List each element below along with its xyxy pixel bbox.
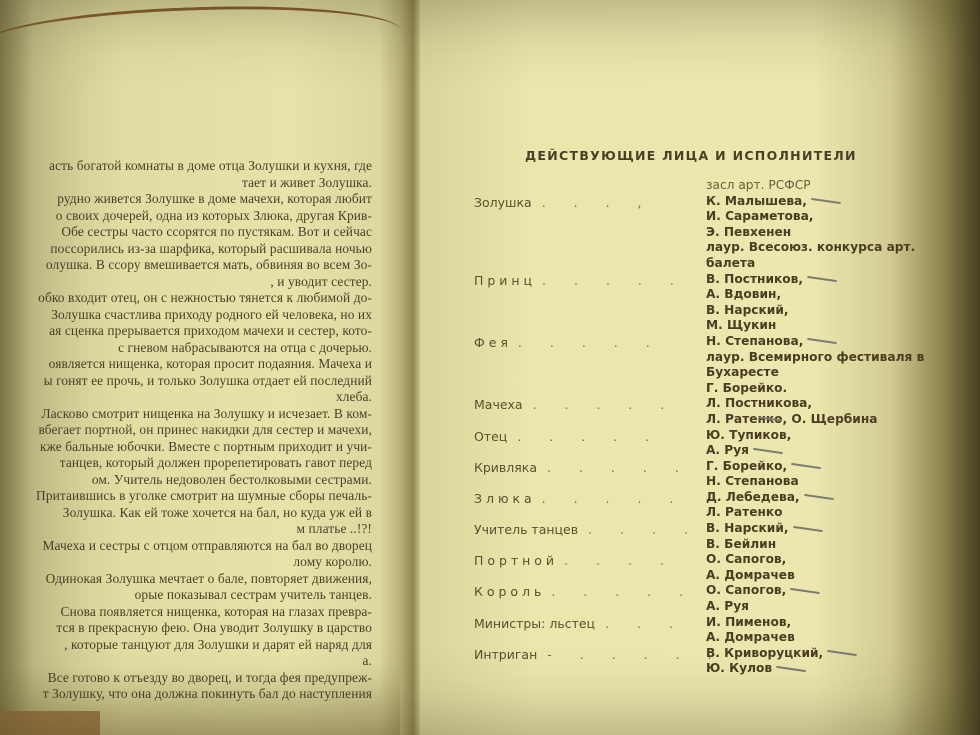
open-booklet-photo: асть богатой комнаты в доме отца Золушки… — [0, 0, 980, 735]
pencil-mark-icon — [807, 276, 837, 282]
performer-list: засл арт. РСФСРК. Малышева,И. Сараметова… — [706, 178, 954, 272]
performer-list: Н. Степанова,лаур. Всемирного фестиваля … — [706, 334, 954, 396]
text-line: Обе сестры часто ссорятся по пустякам. В… — [0, 224, 372, 241]
role-label: Кривляка — [474, 460, 537, 475]
cast-row: Мачеха. . . . .Л. Постникова,Л. Ратенко,… — [474, 396, 954, 427]
performer-name: Н. Степанова — [706, 474, 954, 490]
leader-dots: . . . , — [542, 195, 654, 210]
performer-list: О. Сапогов,А. Руя — [706, 583, 954, 614]
cast-row: П о р т н о й. . . .О. Сапогов,А. Домрач… — [474, 552, 954, 583]
pencil-mark-icon — [807, 338, 837, 344]
text-line: Золушка. Как ей тоже хочется на бал, но … — [0, 505, 372, 522]
performer-name: А. Руя — [706, 443, 954, 459]
performer-name: Ю. Тупиков, — [706, 428, 954, 444]
role-label: Учитель танцев — [474, 522, 578, 537]
cast-list-title: ДЕЙСТВУЮЩИЕ ЛИЦА И ИСПОЛНИТЕЛИ — [525, 148, 865, 163]
performer-name: К. Малышева, — [706, 194, 954, 210]
text-line: Одинокая Золушка мечтает о бале, повторя… — [0, 571, 372, 588]
role-name: Учитель танцев. . . . — [474, 522, 704, 537]
book-gutter — [400, 0, 422, 735]
text-line: танцев, который должен прорепетировать г… — [0, 455, 372, 472]
text-line: асть богатой комнаты в доме отца Золушки… — [0, 158, 372, 175]
left-page: асть богатой комнаты в доме отца Золушки… — [0, 0, 412, 735]
performer-name: Д. Лебедева, — [706, 490, 954, 506]
text-line: тает и живет Золушка. — [0, 175, 372, 192]
role-label: П р и н ц — [474, 273, 532, 288]
text-line: Все готово к отъезду во дворец, и тогда … — [0, 670, 372, 687]
pencil-mark-icon — [827, 650, 857, 656]
role-label: Отец — [474, 429, 507, 444]
text-line: рудно живется Золушке в доме мачехи, кот… — [0, 191, 372, 208]
role-label: Мачеха — [474, 397, 523, 412]
performer-name: А. Домрачев — [706, 630, 954, 646]
text-line: Снова появляется нищенка, которая на гла… — [0, 604, 372, 621]
text-line: тся в прекрасную фею. Она уводит Золушку… — [0, 620, 372, 637]
performer-name: Э. Певхенен — [706, 225, 954, 241]
performer-name: балета — [706, 256, 954, 272]
performer-list: В. Нарский,В. Бейлин — [706, 521, 954, 552]
role-name: Золушка. . . , — [474, 195, 704, 210]
text-line: лому королю. — [0, 554, 372, 571]
role-label: Золушка — [474, 195, 532, 210]
performer-name: И. Пименов, — [706, 615, 954, 631]
role-name: П о р т н о й. . . . — [474, 553, 704, 568]
text-line: Притаившись в уголке смотрит на шумные с… — [0, 488, 372, 505]
libretto-text: асть богатой комнаты в доме отца Золушки… — [0, 158, 372, 703]
performer-name: В. Нарский, — [706, 521, 954, 537]
text-line: олушка. В ссору вмешивается мать, обвиня… — [0, 257, 372, 274]
role-label: З л ю к а — [474, 491, 532, 506]
pencil-mark-icon — [753, 448, 783, 454]
role-name: Мачеха. . . . . — [474, 397, 704, 412]
cast-row: Учитель танцев. . . .В. Нарский,В. Бейли… — [474, 521, 954, 552]
leader-dots: . . . — [605, 616, 685, 631]
cast-row: Интриган- . . . . .В. Криворуцкий,Ю. Кул… — [474, 646, 954, 677]
performer-list: Ю. Тупиков,А. Руя — [706, 428, 954, 459]
text-line: с гневом набрасываются на отца с дочерью… — [0, 340, 372, 357]
pencil-mark-icon — [790, 588, 820, 594]
leader-dots: - . . . . . — [547, 647, 723, 662]
cast-row: Кривляка. . . . .Г. Борейко,Н. Степанова — [474, 459, 954, 490]
performer-name: Н. Степанова, — [706, 334, 954, 350]
performer-list: Л. Постникова,Л. Ратенко, О. Щербина — [706, 396, 954, 427]
performer-name: А. Вдовин, — [706, 287, 954, 303]
performer-name: А. Руя — [706, 599, 954, 615]
performer-name: М. Щукин — [706, 318, 954, 334]
pencil-mark-icon — [811, 198, 841, 204]
performer-list: Г. Борейко,Н. Степанова — [706, 459, 954, 490]
text-line: оявляется нищенка, которая просит подаян… — [0, 356, 372, 373]
role-label: К о р о л ь — [474, 584, 541, 599]
pencil-mark-icon — [791, 463, 821, 469]
text-line: ая сценка прерывается приходом мачехи и … — [0, 323, 372, 340]
cover-corner — [0, 711, 100, 735]
performer-name: Ю. Кулов — [706, 661, 954, 677]
text-line: а. — [0, 653, 372, 670]
leader-dots: . . . . . — [518, 335, 662, 350]
text-line: ы гонят ее прочь, и только Золушка отдае… — [0, 373, 372, 390]
role-name: Министры: льстец. . . — [474, 616, 704, 631]
text-line: , которые танцуют для Золушки и дарят ей… — [0, 637, 372, 654]
text-line: о своих дочерей, одна из которых Злюка, … — [0, 208, 372, 225]
pencil-mark-icon — [804, 494, 834, 500]
cast-row: Отец. . . . .Ю. Тупиков,А. Руя — [474, 428, 954, 459]
performer-list: О. Сапогов,А. Домрачев — [706, 552, 954, 583]
text-line: орые показывал сестрам учитель танцев. — [0, 587, 372, 604]
performer-name: Л. Ратенко — [706, 505, 954, 521]
performer-list: И. Пименов,А. Домрачев — [706, 615, 954, 646]
performer-list: Д. Лебедева,Л. Ратенко — [706, 490, 954, 521]
text-line: м платье ..!?! — [0, 521, 372, 538]
role-label: Министры: льстец — [474, 616, 595, 631]
leader-dots: . . . . . — [551, 584, 695, 599]
performer-name: Л. Ратенко, О. Щербина — [706, 412, 954, 428]
leader-dots: . . . . . — [517, 429, 661, 444]
performer-list: В. Постников,А. Вдовин,В. Нарский,М. Щук… — [706, 272, 954, 334]
role-name: Ф е я. . . . . — [474, 335, 704, 350]
text-line: Золушка счастлива приходу родного ей чел… — [0, 307, 372, 324]
cast-row: Министры: льстец. . .И. Пименов,А. Домра… — [474, 615, 954, 646]
performer-name: лаур. Всемирного фестиваля в — [706, 350, 954, 366]
text-line: хлеба. — [0, 389, 372, 406]
performer-name: В. Криворуцкий, — [706, 646, 954, 662]
role-label: Ф е я — [474, 335, 508, 350]
performer-name: В. Бейлин — [706, 537, 954, 553]
role-name: Интриган- . . . . . — [474, 647, 704, 662]
performer-name: О. Сапогов, — [706, 583, 954, 599]
text-line: вбегает портной, он принес накидки для с… — [0, 422, 372, 439]
role-name: Отец. . . . . — [474, 429, 704, 444]
text-line: , и уводит сестер. — [0, 274, 372, 291]
performer-list: В. Криворуцкий,Ю. Кулов — [706, 646, 954, 677]
text-line: ом. Учитель недоволен бестолковыми сестр… — [0, 472, 372, 489]
performer-name: И. Сараметова, — [706, 209, 954, 225]
leader-dots: . . . . . — [542, 491, 686, 506]
leader-dots: . . . . — [564, 553, 676, 568]
text-line: кже бальные юбочки. Вместе с портным при… — [0, 439, 372, 456]
text-line: Мачеха и сестры с отцом отправляются на … — [0, 538, 372, 555]
cast-row: П р и н ц. . . . .В. Постников,А. Вдовин… — [474, 272, 954, 334]
performer-name: Л. Постникова, — [706, 396, 954, 412]
cast-row: З л ю к а. . . . .Д. Лебедева,Л. Ратенко — [474, 490, 954, 521]
page-edge-curl — [0, 0, 401, 52]
leader-dots: . . . . . — [547, 460, 691, 475]
honorific-note: засл арт. РСФСР — [706, 178, 954, 194]
role-name: Кривляка. . . . . — [474, 460, 704, 475]
performer-name: лаур. Всесоюз. конкурса арт. — [706, 240, 954, 256]
performer-name: Бухаресте — [706, 365, 954, 381]
cast-row: К о р о л ь. . . . .О. Сапогов,А. Руя — [474, 583, 954, 614]
leader-dots: . . . . — [588, 522, 700, 537]
text-line: обко входит отец, он с нежностью тянется… — [0, 290, 372, 307]
text-line: поссорились из-за шарфика, который расши… — [0, 241, 372, 258]
leader-dots: . . . . . — [533, 397, 677, 412]
text-line: Ласково смотрит нищенка на Золушку и исч… — [0, 406, 372, 423]
role-label: Интриган — [474, 647, 537, 662]
role-label: П о р т н о й — [474, 553, 554, 568]
cast-list: Золушка. . . ,засл арт. РСФСРК. Малышева… — [474, 178, 954, 677]
pencil-mark-icon — [776, 666, 806, 672]
performer-name: О. Сапогов, — [706, 552, 954, 568]
performer-name: Г. Борейко. — [706, 381, 954, 397]
pencil-mark-icon — [793, 525, 823, 531]
role-name: К о р о л ь. . . . . — [474, 584, 704, 599]
performer-name: В. Постников, — [706, 272, 954, 288]
performer-name: В. Нарский, — [706, 303, 954, 319]
performer-name: Г. Борейко, — [706, 459, 954, 475]
role-name: З л ю к а. . . . . — [474, 491, 704, 506]
leader-dots: . . . . . — [542, 273, 686, 288]
performer-name: А. Домрачев — [706, 568, 954, 584]
text-line: т Золушку, что она должна покинуть бал д… — [0, 686, 372, 703]
cast-row: Золушка. . . ,засл арт. РСФСРК. Малышева… — [474, 178, 954, 272]
cast-row: Ф е я. . . . .Н. Степанова,лаур. Всемирн… — [474, 334, 954, 396]
role-name: П р и н ц. . . . . — [474, 273, 704, 288]
